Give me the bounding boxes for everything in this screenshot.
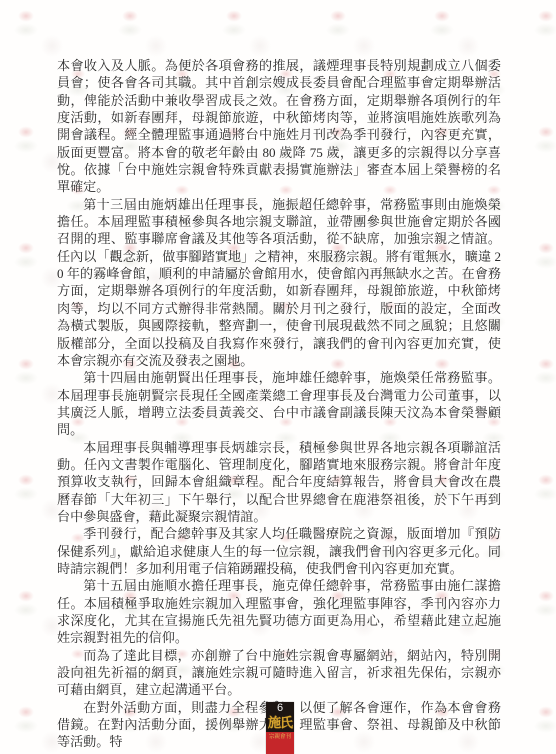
journal-subtitle: 宗親會刊 — [269, 734, 291, 740]
paragraph: 而為了達此目標，亦創辦了台中施姓宗親會專屬網站，網站內，特別開設向祖先祈福的網頁… — [57, 647, 501, 699]
paragraph: 季刊發行，配合總幹事及其家人均任職醫療院之資源，版面增加『預防保健系列』，獻給追… — [57, 525, 501, 577]
badge-red-section: 宗親會刊 — [266, 732, 294, 754]
article-text: 本會收入及人脈。為便於各項會務的推展，議煙理事長特別規劃成立八個委員會；使各會各… — [57, 57, 501, 751]
paragraph: 第十三屆由施炳雄出任理事長，施振超任總幹事，常務監事則由施煥榮擔任。本屆理監事積… — [57, 196, 501, 369]
paragraph: 本屆理事長與輔導理事長炳雄宗長，積極參與世界各地宗親各項聯誼活動。任內文書製作電… — [57, 439, 501, 526]
paragraph: 本會收入及人脈。為便於各項會務的推展，議煙理事長特別規劃成立八個委員會；使各會各… — [57, 57, 501, 196]
page-number: 6 — [277, 702, 283, 715]
page-footer-badge: 6 施氏 宗親會刊 — [266, 702, 294, 754]
paragraph: 第十五屆由施順水擔任理事長，施克偉任總幹事，常務監事由施仁謀擔任。本屆積極爭取施… — [57, 577, 501, 646]
paragraph: 第十四屆由施朝賢出任理事長，施坤雄任總幹事，施煥榮任常務監事。本屆理事長施朝賢宗… — [57, 369, 501, 438]
badge-black-section: 6 施氏 — [266, 702, 294, 732]
journal-title-calligraphy: 施氏 — [268, 715, 292, 730]
